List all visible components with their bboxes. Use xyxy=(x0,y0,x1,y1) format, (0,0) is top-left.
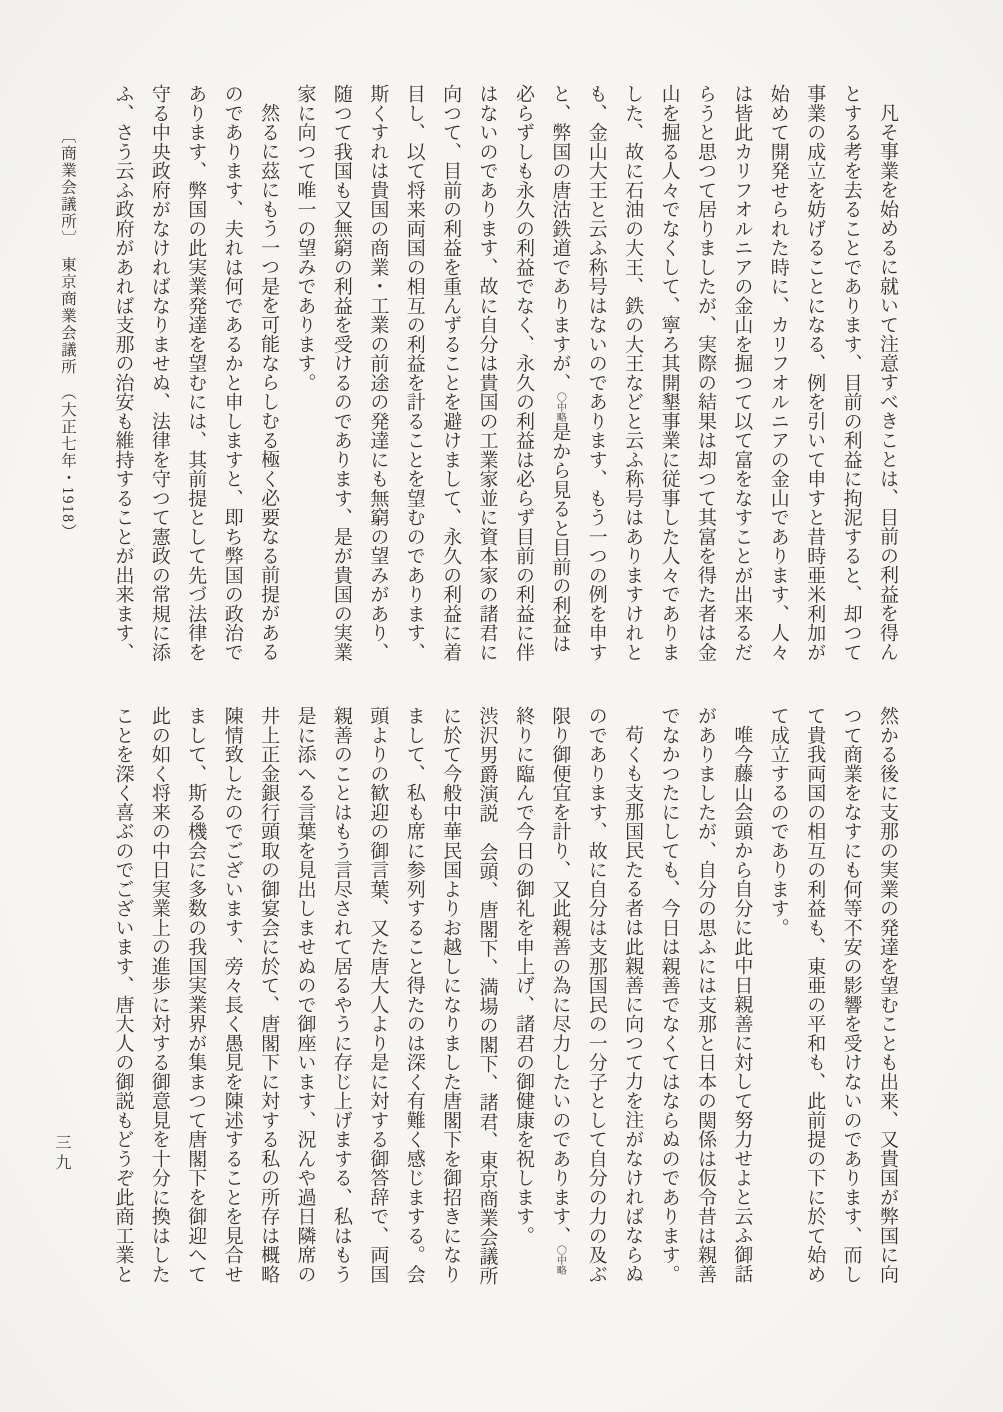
paragraph: 凡そ事業を始めるに就いて注意すべきことは、目前の利益を得んとする考を去ることであ… xyxy=(286,84,905,666)
text-run: 凡そ事業を始めるに就いて注意すべきことは、目前の利益を得んとする考を去ることであ… xyxy=(549,84,898,662)
text-run: 終りに臨んで今日の御礼を申上げ、諸君の御健康を祝します。 xyxy=(513,706,534,1245)
paragraph: 苟くも支那国民たる者は此親善に向つて力を注がなければならぬのであります、故に自分… xyxy=(505,706,651,1288)
text-run: 唯今藤山会頭から自分に此中日親善に対して努力せよと云ふ御話がありましたが、自分の… xyxy=(659,706,753,1284)
text-run: 然るに茲にもう一つ是を可能ならしむる極く必要なる前提があるのであります、夫れは何… xyxy=(112,84,279,662)
page-number: 三九 xyxy=(50,1134,73,1174)
text-run: 苟くも支那国民たる者は此親善に向つて力を注がなければならぬのであります、故に自分… xyxy=(549,706,643,1284)
text-run: 是から見ると目前の利益は必らずしも永久の利益でなく、永久の利益は必らず目前の利益… xyxy=(295,84,571,662)
source-attribution: 〔商業会議所〕 東京商業会議所 （大正七年・1918） xyxy=(56,128,78,628)
omission-note: 〇中略 xyxy=(554,392,565,422)
text-run: 会頭、唐閣下、満場の閣下、諸君、東京商業会議所に於て今般中華民国よりお越しになり… xyxy=(112,706,497,1285)
text-run: 然かる後に支那の実業の発達を望むことも出来、又貴国が弊国に向つて商業をなすにも何… xyxy=(768,706,898,1284)
bottom-text-block: 然かる後に支那の実業の発達を望むことも出来、又貴国が弊国に向つて商業をなすにも何… xyxy=(104,706,905,1288)
omission-note: 〇中略 xyxy=(554,1245,565,1275)
paragraph: 渋沢男爵演説 会頭、唐閣下、満場の閣下、諸君、東京商業会議所に於て今般中華民国よ… xyxy=(104,706,504,1288)
scanned-page: 凡そ事業を始めるに就いて注意すべきことは、目前の利益を得んとする考を去ることであ… xyxy=(0,0,1003,1412)
paragraph: 然るに茲にもう一つ是を可能ならしむる極く必要なる前提があるのであります、夫れは何… xyxy=(104,84,286,666)
speech-heading: 渋沢男爵演説 xyxy=(477,706,498,823)
paragraph: 唯今藤山会頭から自分に此中日親善に対して努力せよと云ふ御話がありましたが、自分の… xyxy=(650,706,759,1288)
top-text-block: 凡そ事業を始めるに就いて注意すべきことは、目前の利益を得んとする考を去ることであ… xyxy=(104,84,905,666)
paragraph: 然かる後に支那の実業の発達を望むことも出来、又貴国が弊国に向つて商業をなすにも何… xyxy=(759,706,905,1288)
